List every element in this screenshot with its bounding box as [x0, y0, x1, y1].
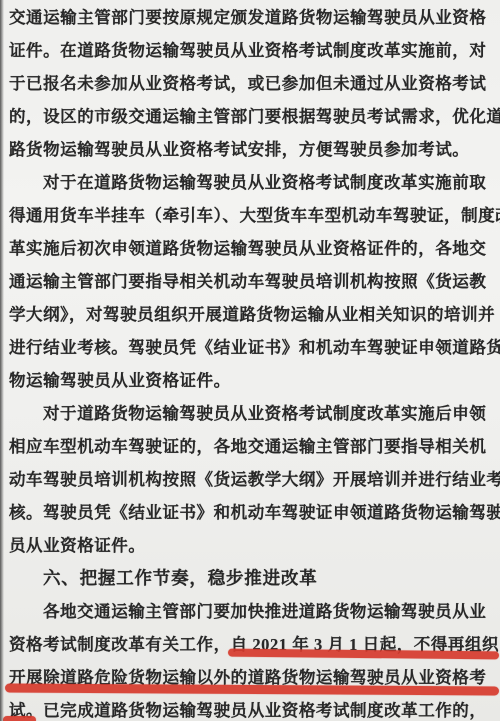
text-line: 通运输主管部门要指导相关机动车驾驶员培训机构按照《货运教 [9, 265, 495, 298]
text-line: 试。已完成道路货物运输驾驶员从业资格考试制度改革工作的， [9, 694, 495, 721]
section-heading: 六、把握工作节奏，稳步推进改革 [9, 562, 495, 595]
text-line: 得通用货车半挂车（牵引车）、大型货车车型机动车驾驶证，制度改 [9, 199, 495, 232]
text-line: 交通运输主管部门要按原规定颁发道路货物运输驾驶员从业资格 [9, 1, 495, 34]
page-left-shadow-edge [0, 0, 4, 721]
text-line: 员从业资格证件。 [9, 529, 495, 562]
text-line: 相应车型机动车驾驶证的，各地交通运输主管部门要指导相关机 [9, 430, 495, 463]
text-line: 核。驾驶员凭《结业证书》和机动车驾驶证申领道路货物运输驾驶 [9, 496, 495, 529]
text-line: 路货物运输驾驶员从业资格考试安排，方便驾驶员参加考试。 [9, 133, 495, 166]
text-line: 物运输驾驶员从业资格证件。 [9, 364, 495, 397]
text-line: 对于道路货物运输驾驶员从业资格考试制度改革实施后申领 [9, 397, 495, 430]
text-line: 的，设区的市级交通运输主管部门要根据驾驶员考试需求，优化道 [9, 100, 495, 133]
text-line: 革实施后初次申领道路货物运输驾驶员从业资格证件的，各地交 [9, 232, 495, 265]
text-line: 进行结业考核。驾驶员凭《结业证书》和机动车驾驶证申领道路货 [9, 331, 495, 364]
text-line: 证件。在道路货物运输驾驶员从业资格考试制度改革实施前，对 [9, 34, 495, 67]
text-line: 动车驾驶员培训机构按照《货运教学大纲》开展培训并进行结业考 [9, 463, 495, 496]
document-text-column: 交通运输主管部门要按原规定颁发道路货物运输驾驶员从业资格 证件。在道路货物运输驾… [9, 1, 495, 721]
document-page: 交通运输主管部门要按原规定颁发道路货物运输驾驶员从业资格 证件。在道路货物运输驾… [0, 0, 500, 721]
text-line: 学大纲》，对驾驶员组织开展道路货物运输从业相关知识的培训并 [9, 298, 495, 331]
text-line: 于已报名未参加从业资格考试，或已参加但未通过从业资格考试 [9, 67, 495, 100]
text-line: 各地交通运输主管部门要加快推进道路货物运输驾驶员从业 [9, 595, 495, 628]
red-underline-segment-3 [3, 716, 36, 721]
text-line: 对于在道路货物运输驾驶员从业资格考试制度改革实施前取 [9, 166, 495, 199]
